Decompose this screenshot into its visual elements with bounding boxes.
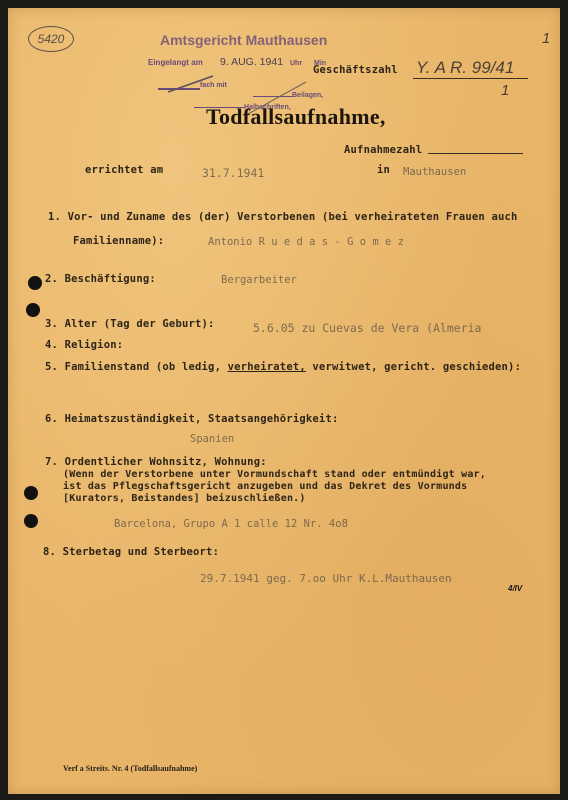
document-page: 5420 Amtsgericht Mauthausen Eingelangt a… — [8, 8, 560, 794]
field-7-note-2: ist das Pflegschaftsgericht anzugeben un… — [63, 481, 467, 492]
case-sub-mark: 1 — [501, 82, 509, 99]
field-6-label: 6. Heimatszuständigkeit, Staatsangehörig… — [45, 413, 338, 425]
field-2-label: 2. Beschäftigung: — [45, 273, 156, 285]
field-2-value: Bergarbeiter — [221, 274, 297, 286]
created-label: errichtet am — [85, 164, 163, 176]
field-7-note-1: (Wenn der Verstorbene unter Vormundschaf… — [63, 469, 486, 480]
field-1-label: 1. Vor- und Zuname des (der) Verstorbene… — [48, 211, 518, 223]
field-8-label: 8. Sterbetag und Sterbeort: — [43, 546, 219, 558]
punch-hole-2 — [26, 303, 40, 317]
field-3-label: 3. Alter (Tag der Geburt): — [45, 318, 215, 330]
field-4-label: 4. Religion: — [45, 339, 123, 351]
punch-hole-1 — [28, 276, 42, 290]
created-date: 31.7.1941 — [202, 166, 264, 180]
archive-number: 5420 — [28, 26, 74, 52]
corner-page-mark: 1 — [542, 30, 550, 47]
record-number-label: Aufnahmezahl — [344, 144, 422, 156]
punch-hole-3 — [24, 486, 38, 500]
case-number-value: Y. A R. 99/41 — [416, 58, 514, 78]
field-6-value: Spanien — [190, 433, 234, 445]
marital-status-selected: verheiratet, — [228, 361, 306, 373]
initials-mark: 4/IV — [508, 584, 522, 593]
record-number-line — [428, 153, 523, 154]
field-8-value: 29.7.1941 geg. 7.oo Uhr K.L.Mauthausen — [200, 572, 452, 585]
field-1-label-cont: Familienname): — [73, 235, 164, 247]
field-7-value: Barcelona, Grupo A 1 calle 12 Nr. 4o8 — [114, 518, 348, 530]
punch-hole-4 — [24, 514, 38, 528]
document-title: Todfallsaufnahme, — [206, 104, 386, 130]
case-number-label: Geschäftszahl — [313, 64, 398, 76]
field-1-value: Antonio R u e d a s - G o m e z — [208, 236, 404, 248]
place-value: Mauthausen — [403, 166, 466, 178]
field-3-value: 5.6.05 zu Cuevas de Vera (Almeria — [253, 321, 481, 335]
place-label: in — [377, 164, 390, 176]
field-5-label: 5. Familienstand (ob ledig, verheiratet,… — [45, 361, 521, 373]
field-7-note-3: [Kurators, Beistandes] beizuschließen.) — [63, 493, 306, 504]
field-7-label: 7. Ordentlicher Wohnsitz, Wohnung: — [45, 456, 267, 468]
case-number-line — [413, 78, 528, 79]
form-footer: Verf a Streits. Nr. 4 (Todfallsaufnahme) — [63, 764, 197, 773]
court-stamp-name: Amtsgericht Mauthausen — [160, 32, 327, 48]
